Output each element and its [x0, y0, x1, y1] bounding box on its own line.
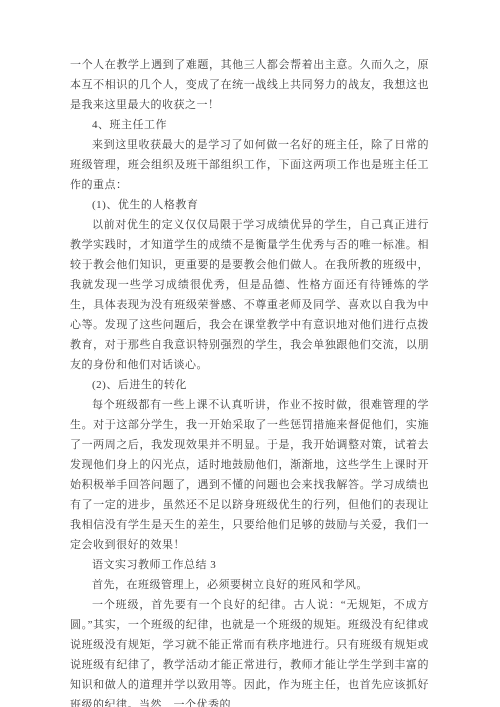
body-paragraph: 每个班级都有一些上课不认真听讲，作业不按时做，很难管理的学生。对于这部分学生，我…	[70, 395, 429, 555]
heading-class-teacher-work: 4、班主任工作	[70, 115, 429, 135]
document-page: 一个人在教学上遇到了难题，其他三人都会帮着出主意。久而久之，原本互不相识的几个人…	[0, 0, 500, 707]
document-text-block: 一个人在教学上遇到了难题，其他三人都会帮着出主意。久而久之，原本互不相识的几个人…	[70, 55, 429, 707]
body-paragraph-continuation: 一个人在教学上遇到了难题，其他三人都会帮着出主意。久而久之，原本互不相识的几个人…	[70, 55, 429, 115]
body-paragraph: 以前对优生的定义仅仅局限于学习成绩优异的学生，自己真正进行教学实践时，才知道学生…	[70, 215, 429, 375]
subheading-underachievers-transformation: (2)、后进生的转化	[70, 375, 429, 395]
body-paragraph: 一个班级，首先要有一个良好的纪律。古人说：“无规矩，不成方圆。”其实，一个班级的…	[70, 595, 429, 707]
body-paragraph: 来到这里收获最大的是学习了如何做一名好的班主任，除了日常的班级管理，班会组织及班…	[70, 135, 429, 195]
subheading-top-students-character-education: (1)、优生的人格教育	[70, 195, 429, 215]
body-paragraph: 首先，在班级管理上，必须要树立良好的班风和学风。	[70, 575, 429, 595]
title-internship-teacher-summary-3: 语文实习教师工作总结 3	[70, 555, 429, 575]
